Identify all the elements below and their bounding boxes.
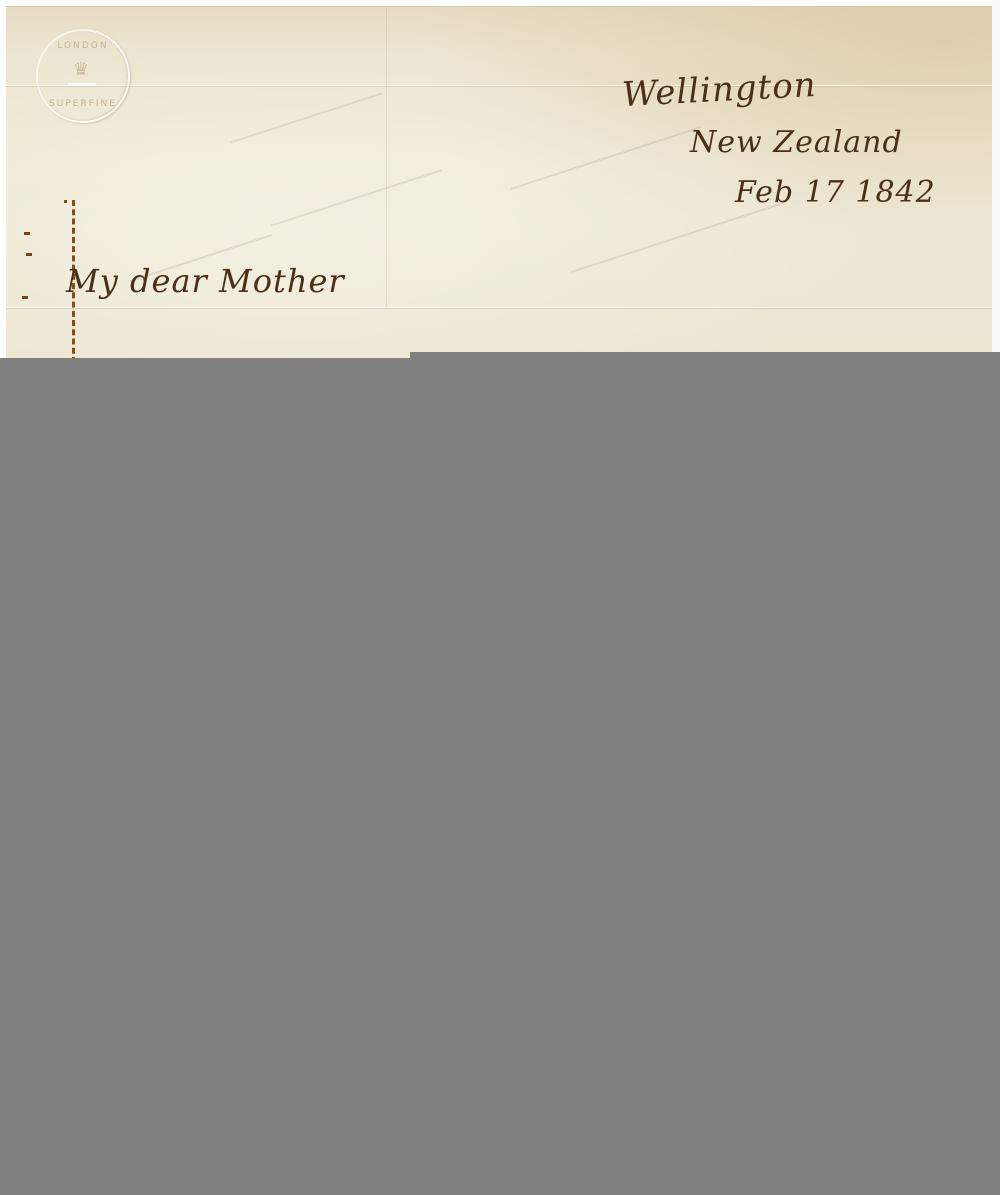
margin-mark	[26, 253, 32, 256]
crown-icon: ♛	[68, 61, 96, 86]
seal-top-text: LONDON	[38, 41, 128, 51]
bleed-through-text	[571, 203, 781, 273]
scan-border	[992, 0, 1000, 360]
redaction-block	[0, 358, 1000, 1195]
heading-place-country: New Zealand	[690, 125, 903, 160]
bleed-through-text	[511, 126, 702, 190]
heading-date: Feb 17 1842	[735, 175, 936, 210]
fold-crease	[6, 85, 992, 86]
salutation: My dear Mother	[66, 262, 345, 300]
bleed-through-text	[230, 92, 383, 143]
bleed-through-text	[270, 169, 442, 227]
margin-mark	[24, 232, 30, 235]
fold-crease	[6, 307, 992, 308]
fold-crease-vertical	[386, 7, 387, 307]
embossed-stationery-seal: LONDON ♛ SUPERFINE	[36, 29, 130, 123]
seal-bottom-text: SUPERFINE	[38, 99, 128, 109]
margin-mark	[22, 296, 28, 299]
